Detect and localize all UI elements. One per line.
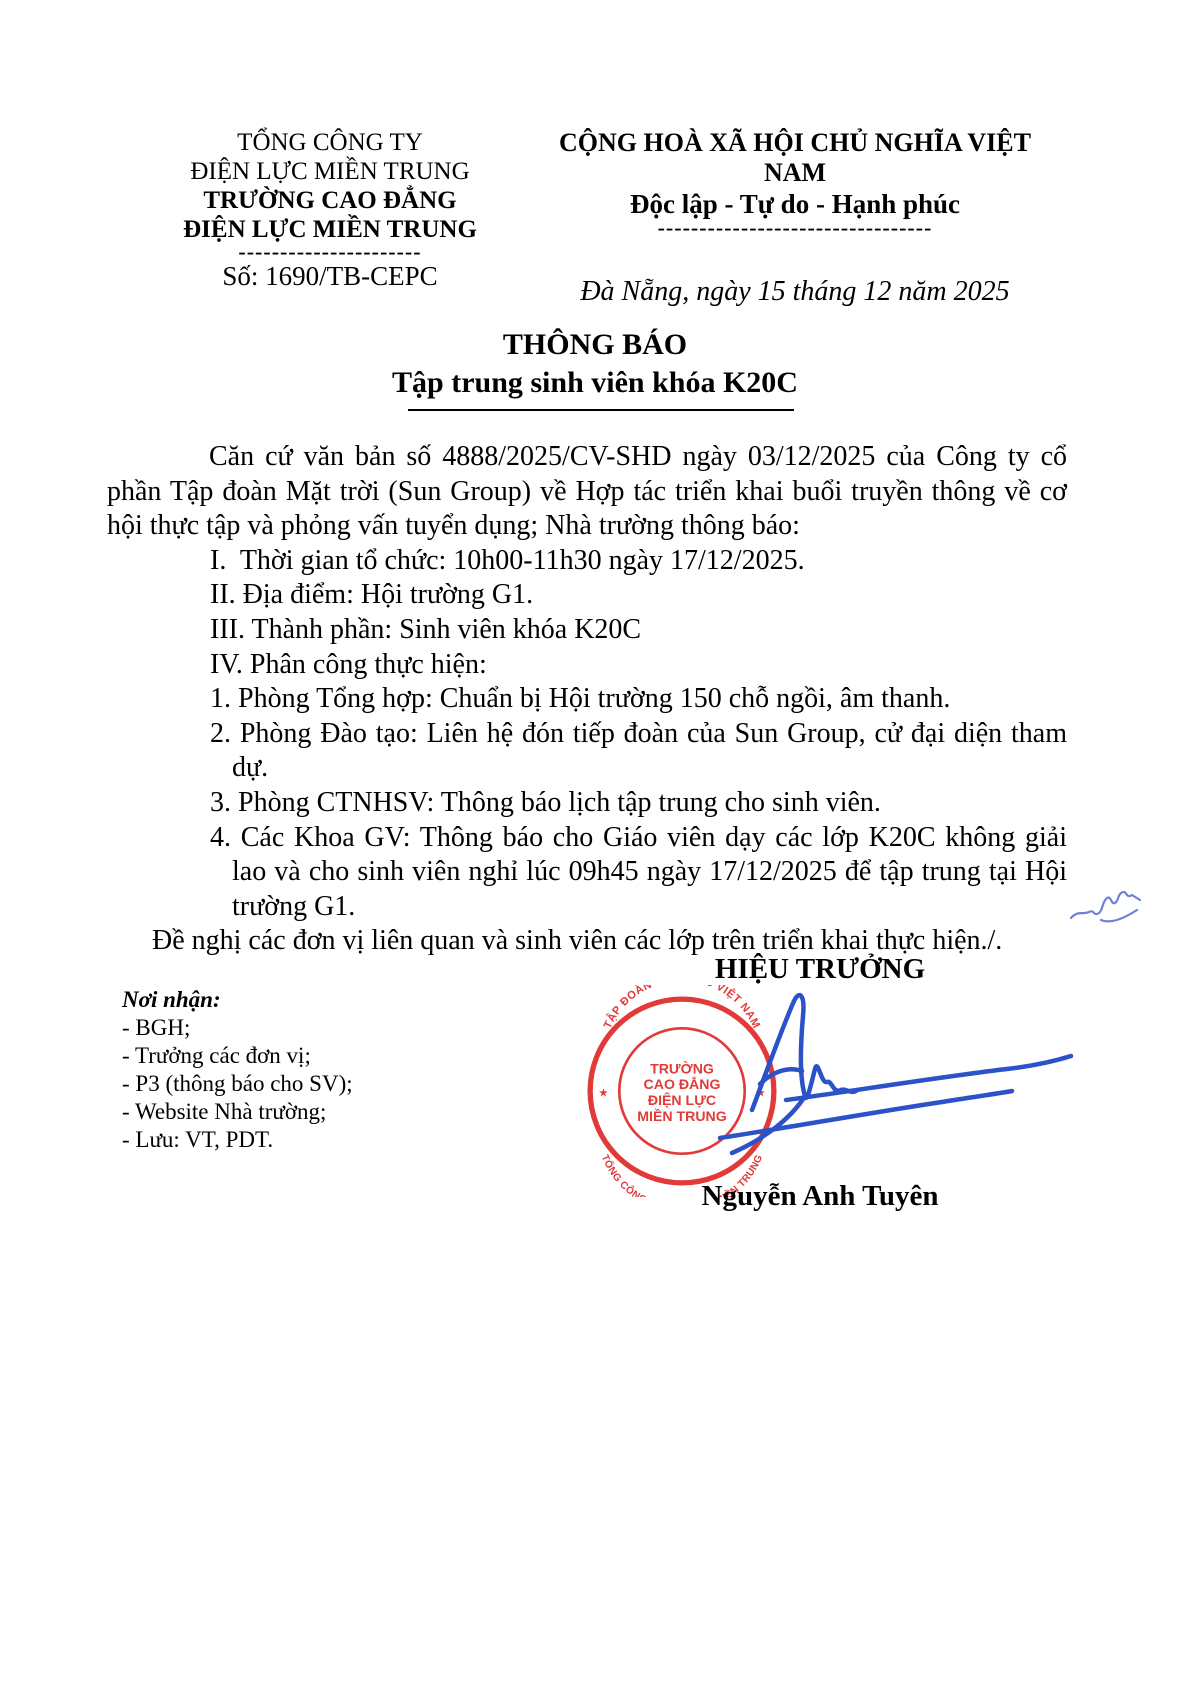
recipients-block: Nơi nhận: - BGH; - Trưởng các đơn vị; - … xyxy=(122,986,452,1154)
recipient-item: - BGH; xyxy=(122,1014,452,1042)
issuer-header-block: TỔNG CÔNG TY ĐIỆN LỰC MIỀN TRUNG TRƯỜNG … xyxy=(140,128,520,291)
stamp-star-left-icon: ★ xyxy=(598,1087,608,1099)
place-date-line: Đà Nẵng, ngày 15 tháng 12 năm 2025 xyxy=(545,276,1045,308)
title-underline xyxy=(408,409,794,411)
paraph-initials-ink xyxy=(1068,886,1146,934)
national-separator: --------------------------------- xyxy=(545,220,1045,236)
recipient-item: - Lưu: VT, PDT. xyxy=(122,1126,452,1154)
body-item-5: 1. Phòng Tổng hợp: Chuẩn bị Hội trường 1… xyxy=(107,682,1067,717)
body-item-7: 3. Phòng CTNHSV: Thông báo lịch tập trun… xyxy=(107,786,1067,821)
national-motto-line1: CỘNG HOÀ XÃ HỘI CHỦ NGHĨA VIỆT NAM xyxy=(545,128,1045,188)
recipients-heading: Nơi nhận: xyxy=(122,986,452,1014)
document-title-block: THÔNG BÁO Tập trung sinh viên khóa K20C xyxy=(0,326,1190,402)
signer-role-title: HIỆU TRƯỞNG xyxy=(660,953,980,986)
handwritten-signature-ink xyxy=(690,988,1085,1168)
issuer-separator: ---------------------- xyxy=(140,244,520,260)
national-header-block: CỘNG HOÀ XÃ HỘI CHỦ NGHĨA VIỆT NAM Độc l… xyxy=(545,128,1045,308)
recipient-item: - P3 (thông báo cho SV); xyxy=(122,1070,452,1098)
document-type-title: THÔNG BÁO xyxy=(0,326,1190,364)
issuer-parent-line2: ĐIỆN LỰC MIỀN TRUNG xyxy=(140,157,520,186)
document-number: Số: 1690/TB-CEPC xyxy=(140,262,520,291)
document-body: Căn cứ văn bản số 4888/2025/CV-SHD ngày … xyxy=(107,440,1067,959)
recipient-item: - Trưởng các đơn vị; xyxy=(122,1042,452,1070)
body-item-1: I. Thời gian tổ chức: 10h00-11h30 ngày 1… xyxy=(107,544,1067,579)
document-subject-title: Tập trung sinh viên khóa K20C xyxy=(0,364,1190,402)
signer-name: Nguyễn Anh Tuyên xyxy=(660,1180,980,1213)
body-item-2: II. Địa điểm: Hội trường G1. xyxy=(107,578,1067,613)
issuer-parent-line1: TỔNG CÔNG TY xyxy=(140,128,520,157)
issuer-name-line1: TRƯỜNG CAO ĐẲNG xyxy=(140,186,520,215)
body-item-4: IV. Phân công thực hiện: xyxy=(107,648,1067,683)
intro-paragraph: Căn cứ văn bản số 4888/2025/CV-SHD ngày … xyxy=(107,440,1067,544)
body-item-6: 2. Phòng Đào tạo: Liên hệ đón tiếp đoàn … xyxy=(107,717,1067,786)
body-item-3: III. Thành phần: Sinh viên khóa K20C xyxy=(107,613,1067,648)
body-item-8: 4. Các Khoa GV: Thông báo cho Giáo viên … xyxy=(107,821,1067,925)
recipient-item: - Website Nhà trường; xyxy=(122,1098,452,1126)
